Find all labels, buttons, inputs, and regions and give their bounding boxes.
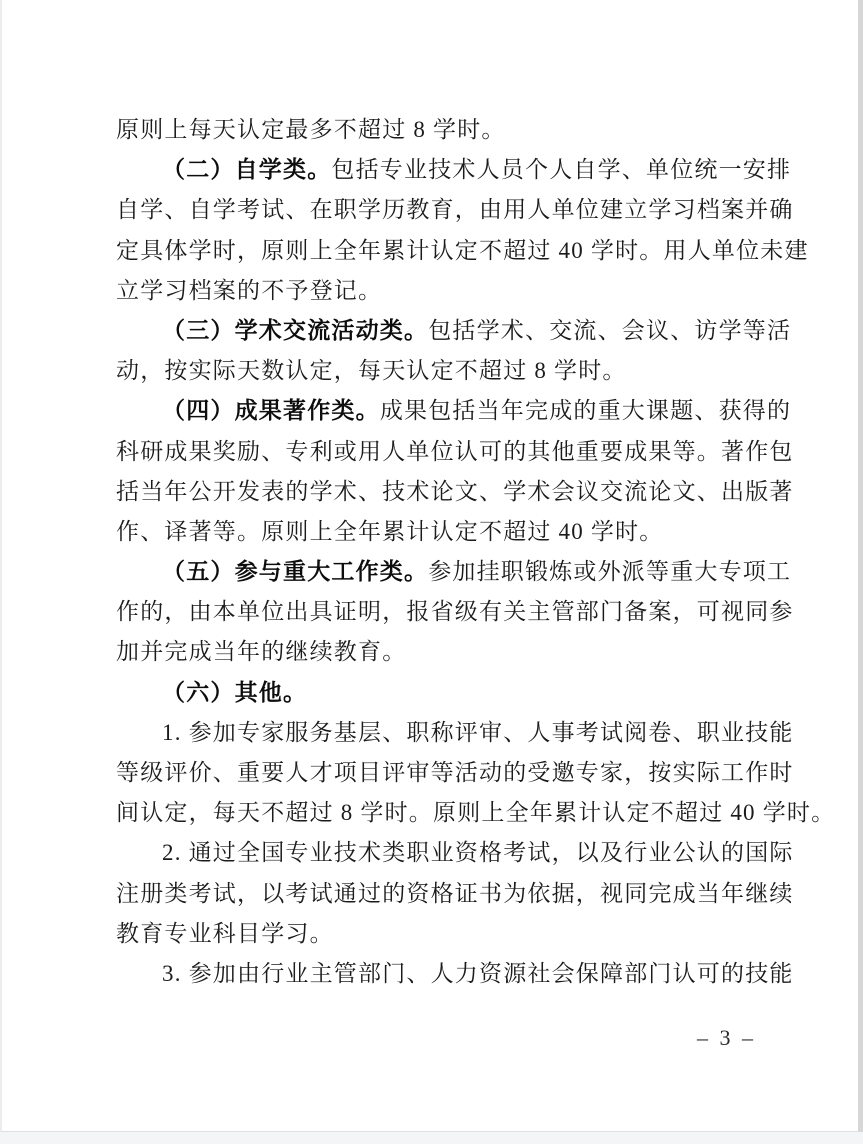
body-text: 2. 通过全国专业技术类职业资格考试，以及行业公认的国际 <box>162 840 794 865</box>
text-line: 加并完成当年的继续教育。 <box>116 632 766 672</box>
body-text: 原则上每天认定最多不超过 8 学时。 <box>116 117 506 142</box>
body-text: 注册类考试，以考试通过的资格证书为依据，视同完成当年继续 <box>116 881 794 906</box>
text-line: （四）成果著作类。成果包括当年完成的重大课题、获得的 <box>116 391 766 431</box>
heading-text: （四）成果著作类。 <box>162 398 380 423</box>
page-number: – 3 – <box>116 1020 756 1056</box>
body-text: 成果包括当年完成的重大课题、获得的 <box>380 398 791 423</box>
text-line: 1. 参加专家服务基层、职称评审、人事考试阅卷、职业技能 <box>116 713 766 753</box>
body-text: 1. 参加专家服务基层、职称评审、人事考试阅卷、职业技能 <box>162 720 794 745</box>
text-line: 作、译著等。原则上全年累计认定不超过 40 学时。 <box>116 512 766 552</box>
body-text: 动，按实际天数认定，每天认定不超过 8 学时。 <box>116 358 627 383</box>
document-page: 原则上每天认定最多不超过 8 学时。（二）自学类。包括专业技术人员个人自学、单位… <box>0 0 858 1132</box>
body-text: 教育专业科目学习。 <box>116 921 334 946</box>
text-line: 3. 参加由行业主管部门、人力资源社会保障部门认可的技能 <box>116 954 766 994</box>
body-text: 作的，由本单位出具证明，报省级有关主管部门备案，可视同参 <box>116 599 794 624</box>
body-text: 3. 参加由行业主管部门、人力资源社会保障部门认可的技能 <box>162 961 794 986</box>
text-line: 动，按实际天数认定，每天认定不超过 8 学时。 <box>116 351 766 391</box>
body-text: 参加挂职锻炼或外派等重大专项工 <box>428 559 791 584</box>
body-text: 科研成果奖励、专利或用人单位认可的其他重要成果等。著作包 <box>116 439 794 464</box>
body-text: 加并完成当年的继续教育。 <box>116 639 406 664</box>
text-line: 作的，由本单位出具证明，报省级有关主管部门备案，可视同参 <box>116 592 766 632</box>
text-line: （六）其他。 <box>116 673 766 713</box>
body-text: 定具体学时，原则上全年累计认定不超过 40 学时。用人单位未建 <box>116 238 809 263</box>
text-line: 原则上每天认定最多不超过 8 学时。 <box>116 110 766 150</box>
heading-text: （六）其他。 <box>162 680 307 705</box>
body-text: 包括学术、交流、会议、访学等活 <box>428 318 791 343</box>
body-text: 作、译著等。原则上全年累计认定不超过 40 学时。 <box>116 519 664 544</box>
body-text: 等级评价、重要人才项目评审等活动的受邀专家，按实际工作时 <box>116 760 794 785</box>
document-content: 原则上每天认定最多不超过 8 学时。（二）自学类。包括专业技术人员个人自学、单位… <box>116 110 766 994</box>
scrollbar-track[interactable] <box>858 0 863 1132</box>
text-line: 间认定，每天不超过 8 学时。原则上全年累计认定不超过 40 学时。 <box>116 793 766 833</box>
text-line: 括当年公开发表的学术、技术论文、学术会议交流论文、出版著 <box>116 472 766 512</box>
text-line: （三）学术交流活动类。包括学术、交流、会议、访学等活 <box>116 311 766 351</box>
body-text: 包括专业技术人员个人自学、单位统一安排 <box>331 157 791 182</box>
text-line: 立学习档案的不予登记。 <box>116 271 766 311</box>
body-text: 立学习档案的不予登记。 <box>116 278 382 303</box>
document-viewer: 原则上每天认定最多不超过 8 学时。（二）自学类。包括专业技术人员个人自学、单位… <box>0 0 863 1144</box>
body-text: 自学、自学考试、在职学历教育，由用人单位建立学习档案并确 <box>116 197 794 222</box>
text-line: 注册类考试，以考试通过的资格证书为依据，视同完成当年继续 <box>116 874 766 914</box>
text-line: （二）自学类。包括专业技术人员个人自学、单位统一安排 <box>116 150 766 190</box>
text-line: （五）参与重大工作类。参加挂职锻炼或外派等重大专项工 <box>116 552 766 592</box>
text-line: 定具体学时，原则上全年累计认定不超过 40 学时。用人单位未建 <box>116 231 766 271</box>
text-line: 教育专业科目学习。 <box>116 914 766 954</box>
heading-text: （二）自学类。 <box>162 157 331 182</box>
heading-text: （五）参与重大工作类。 <box>162 559 428 584</box>
heading-text: （三）学术交流活动类。 <box>162 318 428 343</box>
body-text: 间认定，每天不超过 8 学时。原则上全年累计认定不超过 40 学时。 <box>116 800 835 825</box>
text-line: 自学、自学考试、在职学历教育，由用人单位建立学习档案并确 <box>116 190 766 230</box>
body-text: 括当年公开发表的学术、技术论文、学术会议交流论文、出版著 <box>116 479 794 504</box>
page-background <box>0 1133 863 1144</box>
text-line: 等级评价、重要人才项目评审等活动的受邀专家，按实际工作时 <box>116 753 766 793</box>
text-line: 2. 通过全国专业技术类职业资格考试，以及行业公认的国际 <box>116 833 766 873</box>
text-line: 科研成果奖励、专利或用人单位认可的其他重要成果等。著作包 <box>116 432 766 472</box>
